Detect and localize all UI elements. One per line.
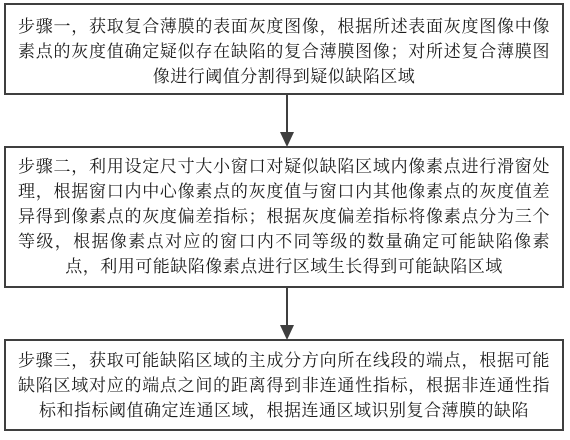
- step-1-text: 步骤一，获取复合薄膜的表面灰度图像，根据所述表面灰度图像中像素点的灰度值确定疑似…: [6, 5, 562, 89]
- arrow-line: [286, 288, 288, 325]
- step-1-box: 步骤一，获取复合薄膜的表面灰度图像，根据所述表面灰度图像中像素点的灰度值确定疑似…: [4, 3, 564, 95]
- flow-connector-2: [280, 288, 294, 340]
- arrow-down-icon: [280, 132, 294, 147]
- flowchart-diagram: 步骤一，获取复合薄膜的表面灰度图像，根据所述表面灰度图像中像素点的灰度值确定疑似…: [0, 0, 570, 440]
- step-2-text: 步骤二，利用设定尺寸大小窗口对疑似缺陷区域内像素点进行滑窗处理，根据窗口内中心像…: [6, 148, 562, 279]
- arrow-down-icon: [280, 325, 294, 340]
- step-3-text: 步骤三，获取可能缺陷区域的主成分方向所在线段的端点，根据可能缺陷区域对应的端点之…: [6, 341, 562, 423]
- step-3-box: 步骤三，获取可能缺陷区域的主成分方向所在线段的端点，根据可能缺陷区域对应的端点之…: [4, 339, 564, 431]
- arrow-line: [286, 95, 288, 132]
- step-2-box: 步骤二，利用设定尺寸大小窗口对疑似缺陷区域内像素点进行滑窗处理，根据窗口内中心像…: [4, 146, 564, 288]
- flow-connector-1: [280, 95, 294, 147]
